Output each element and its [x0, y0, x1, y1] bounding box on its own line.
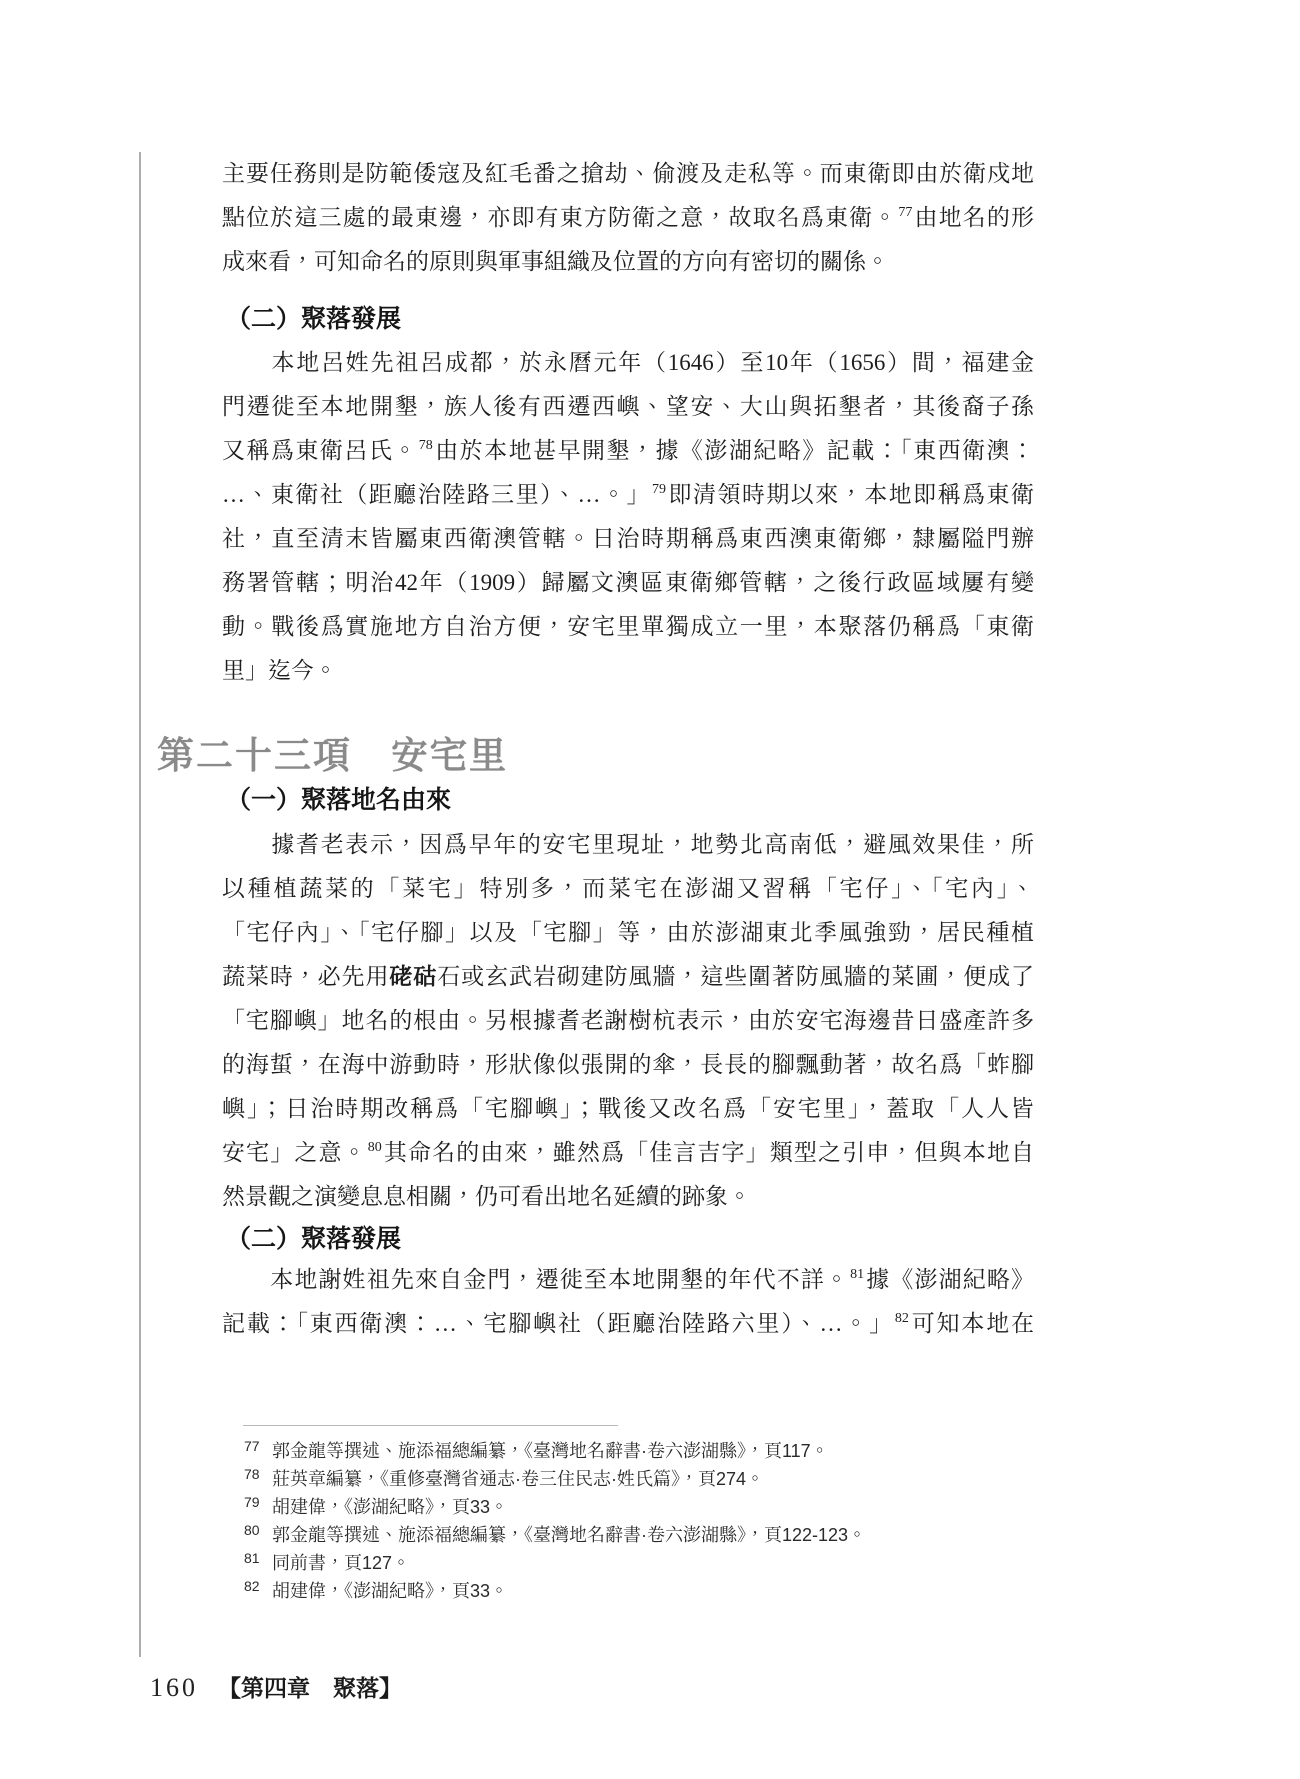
text-line: 社，直至清末皆屬東西衛澳管轄。日治時期稱爲東西澳東衛鄉，隸屬隘門辦	[222, 517, 1034, 561]
text-run: 本地呂姓先祖呂成都，於永曆元年（1646）至10年（1656）間，福建金	[222, 350, 1034, 375]
text-line: 務署管轄；明治42年（1909）歸屬文澳區東衛鄉管轄，之後行政區域屢有變	[222, 561, 1034, 605]
text-run: 社，直至清末皆屬東西衛澳管轄。日治時期稱爲東西澳東衛鄉，隸屬隘門辦	[222, 526, 1034, 551]
text-run: 由地名的形	[913, 205, 1034, 230]
footnote-text: 郭金龍等撰述、施添福總編纂，《臺灣地名辭書·卷六澎湖縣》，頁122-123。	[272, 1525, 866, 1545]
footnote-text: 胡建偉，《澎湖紀略》，頁33。	[272, 1581, 508, 1601]
footnote-text: 莊英章編纂，《重修臺灣省通志·卷三住民志·姓氏篇》，頁274。	[272, 1469, 764, 1489]
subheading-place-name-origin: （一）聚落地名由來	[226, 779, 451, 823]
text-line: 動。戰後爲實施地方自治方便，安宅里單獨成立一里，本聚落仍稱爲「東衛	[222, 605, 1034, 649]
footnote: 79胡建偉，《澎湖紀略》，頁33。	[244, 1493, 1044, 1521]
text-run: 主要任務則是防範倭寇及紅毛番之搶劫、偷渡及走私等。而東衛即由於衛戍地	[222, 161, 1034, 186]
text-run: 蔬菜時，必先用	[222, 964, 389, 989]
text-run: 由於本地甚早開墾，據《澎湖紀略》記載：「東西衛澳：	[434, 438, 1034, 463]
text-line: 成來看，可知命名的原則與軍事組織及位置的方向有密切的關係。	[222, 240, 1034, 284]
text-run: 里」迄今。	[222, 658, 337, 683]
text-run: 嶼」；日治時期改稱爲「宅腳嶼」；戰後又改名爲「安宅里」，蓋取「人人皆	[222, 1096, 1034, 1121]
text-run: 本地謝姓祖先來自金門，遷徙至本地開墾的年代不詳。	[222, 1267, 849, 1292]
footnote: 80郭金龍等撰述、施添福總編纂，《臺灣地名辭書·卷六澎湖縣》，頁122-123。	[244, 1521, 1044, 1549]
margin-rule	[139, 152, 141, 1657]
text-line: 以種植蔬菜的「菜宅」特別多，而菜宅在澎湖又習稱「宅仔」、「宅內」、	[222, 867, 1034, 911]
text-run: 的海蜇，在海中游動時，形狀像似張開的傘，長長的腳飄動著，故名爲「蚱腳	[222, 1052, 1034, 1077]
emphasis-text: 硓𥑮	[389, 964, 437, 989]
text-run: 石或玄武岩砌建防風牆，這些圍著防風牆的菜圃，便成了	[437, 964, 1034, 989]
footnote-ref: 79	[651, 482, 667, 497]
text-line: 記載：「東西衛澳：…、宅腳嶼社（距廳治陸路六里）、…。」82可知本地在	[222, 1302, 1034, 1346]
text-line: 主要任務則是防範倭寇及紅毛番之搶劫、偷渡及走私等。而東衛即由於衛戍地	[222, 152, 1034, 196]
text-run: 即清領時期以來，本地即稱爲東衛	[667, 482, 1034, 507]
footnotes-block: 77郭金龍等撰述、施添福總編纂，《臺灣地名辭書·卷六澎湖縣》，頁117。78莊英…	[244, 1437, 1044, 1605]
text-run: 動。戰後爲實施地方自治方便，安宅里單獨成立一里，本聚落仍稱爲「東衛	[222, 614, 1034, 639]
text-run: 點位於這三處的最東邊，亦即有東方防衛之意，故取名爲東衛。	[222, 205, 897, 230]
text-line: 本地謝姓祖先來自金門，遷徙至本地開墾的年代不詳。81據《澎湖紀略》	[222, 1258, 1034, 1302]
text-line: 然景觀之演變息息相關，仍可看出地名延續的跡象。	[222, 1175, 1034, 1219]
footnote-number: 82	[244, 1572, 268, 1600]
text-run: 「宅仔內」、「宅仔腳」以及「宅腳」等，由於澎湖東北季風強勁，居民種植	[222, 920, 1034, 945]
footnote: 81同前書，頁127。	[244, 1549, 1044, 1577]
text-run: 其命名的由來，雖然爲「佳言吉字」類型之引申，但與本地自	[383, 1140, 1034, 1165]
paragraph-anzhai-name-origin: 據耆老表示，因爲早年的安宅里現址，地勢北高南低，避風效果佳，所以種植蔬菜的「菜宅…	[222, 823, 1034, 1219]
text-line: 本地呂姓先祖呂成都，於永曆元年（1646）至10年（1656）間，福建金	[222, 341, 1034, 385]
footnote: 77郭金龍等撰述、施添福總編纂，《臺灣地名辭書·卷六澎湖縣》，頁117。	[244, 1437, 1044, 1465]
subheading-settlement-development-dongwei: （二）聚落發展	[226, 298, 401, 342]
footnote-ref: 78	[418, 438, 434, 453]
text-run: 務署管轄；明治42年（1909）歸屬文澳區東衛鄉管轄，之後行政區域屢有變	[222, 570, 1034, 595]
text-run: 成來看，可知命名的原則與軍事組織及位置的方向有密切的關係。	[222, 249, 889, 274]
footnote-number: 78	[244, 1460, 268, 1488]
text-line: 的海蜇，在海中游動時，形狀像似張開的傘，長長的腳飄動著，故名爲「蚱腳	[222, 1043, 1034, 1087]
text-run: 「宅腳嶼」地名的根由。另根據耆老謝樹杭表示，由於安宅海邊昔日盛產許多	[222, 1008, 1034, 1033]
page-footer: 160【第四章 聚落】	[150, 1672, 402, 1704]
footnote-number: 77	[244, 1432, 268, 1460]
text-run: …、東衛社（距廳治陸路三里）、…。」	[222, 482, 651, 507]
chapter-label: 【第四章 聚落】	[218, 1676, 402, 1701]
text-run: 據耆老表示，因爲早年的安宅里現址，地勢北高南低，避風效果佳，所	[222, 832, 1034, 857]
footnote-number: 79	[244, 1488, 268, 1516]
text-run: 門遷徙至本地開墾，族人後有西遷西嶼、望安、大山與拓墾者，其後裔子孫	[222, 394, 1034, 419]
footnote-number: 80	[244, 1516, 268, 1544]
footnote: 82胡建偉，《澎湖紀略》，頁33。	[244, 1577, 1044, 1605]
text-run: 然景觀之演變息息相關，仍可看出地名延續的跡象。	[222, 1184, 751, 1209]
footnote-separator	[243, 1425, 618, 1426]
footnote-number: 81	[244, 1544, 268, 1572]
text-run: 以種植蔬菜的「菜宅」特別多，而菜宅在澎湖又習稱「宅仔」、「宅內」、	[222, 876, 1034, 901]
text-run: 記載：「東西衛澳：…、宅腳嶼社（距廳治陸路六里）、…。」	[222, 1311, 894, 1336]
footnote-text: 郭金龍等撰述、施添福總編纂，《臺灣地名辭書·卷六澎湖縣》，頁117。	[272, 1441, 829, 1461]
paragraph-dongwei-naming: 主要任務則是防範倭寇及紅毛番之搶劫、偷渡及走私等。而東衛即由於衛戍地點位於這三處…	[222, 152, 1034, 284]
footnote-ref: 82	[894, 1311, 910, 1326]
subheading-settlement-development-anzhai: （二）聚落發展	[226, 1218, 401, 1262]
book-page: 主要任務則是防範倭寇及紅毛番之搶劫、偷渡及走私等。而東衛即由於衛戍地點位於這三處…	[0, 0, 1300, 1779]
paragraph-anzhai-development: 本地謝姓祖先來自金門，遷徙至本地開墾的年代不詳。81據《澎湖紀略》記載：「東西衛…	[222, 1258, 1034, 1346]
section-title-anzhai-li: 第二十三項 安宅里	[157, 733, 508, 779]
footnote-text: 同前書，頁127。	[272, 1553, 410, 1573]
text-line: 「宅仔內」、「宅仔腳」以及「宅腳」等，由於澎湖東北季風強勁，居民種植	[222, 911, 1034, 955]
text-line: 門遷徙至本地開墾，族人後有西遷西嶼、望安、大山與拓墾者，其後裔子孫	[222, 385, 1034, 429]
footnote: 78莊英章編纂，《重修臺灣省通志·卷三住民志·姓氏篇》，頁274。	[244, 1465, 1044, 1493]
footnote-text: 胡建偉，《澎湖紀略》，頁33。	[272, 1497, 508, 1517]
text-run: 可知本地在	[910, 1311, 1034, 1336]
text-line: 據耆老表示，因爲早年的安宅里現址，地勢北高南低，避風效果佳，所	[222, 823, 1034, 867]
text-line: …、東衛社（距廳治陸路三里）、…。」79即清領時期以來，本地即稱爲東衛	[222, 473, 1034, 517]
text-line: 蔬菜時，必先用硓𥑮石或玄武岩砌建防風牆，這些圍著防風牆的菜圃，便成了	[222, 955, 1034, 999]
footnote-ref: 81	[849, 1267, 865, 1282]
page-number: 160	[150, 1673, 198, 1702]
text-line: 「宅腳嶼」地名的根由。另根據耆老謝樹杭表示，由於安宅海邊昔日盛產許多	[222, 999, 1034, 1043]
footnote-ref: 77	[897, 205, 913, 220]
text-line: 嶼」；日治時期改稱爲「宅腳嶼」；戰後又改名爲「安宅里」，蓋取「人人皆	[222, 1087, 1034, 1131]
text-run: 據《澎湖紀略》	[865, 1267, 1034, 1292]
text-line: 點位於這三處的最東邊，亦即有東方防衛之意，故取名爲東衛。77由地名的形	[222, 196, 1034, 240]
text-line: 又稱爲東衛呂氏。78由於本地甚早開墾，據《澎湖紀略》記載：「東西衛澳：	[222, 429, 1034, 473]
text-run: 又稱爲東衛呂氏。	[222, 438, 418, 463]
text-run: 安宅」之意。	[222, 1140, 367, 1165]
text-line: 安宅」之意。80其命名的由來，雖然爲「佳言吉字」類型之引申，但與本地自	[222, 1131, 1034, 1175]
text-line: 里」迄今。	[222, 649, 1034, 693]
paragraph-dongwei-development: 本地呂姓先祖呂成都，於永曆元年（1646）至10年（1656）間，福建金門遷徙至…	[222, 341, 1034, 693]
footnote-ref: 80	[367, 1140, 383, 1155]
